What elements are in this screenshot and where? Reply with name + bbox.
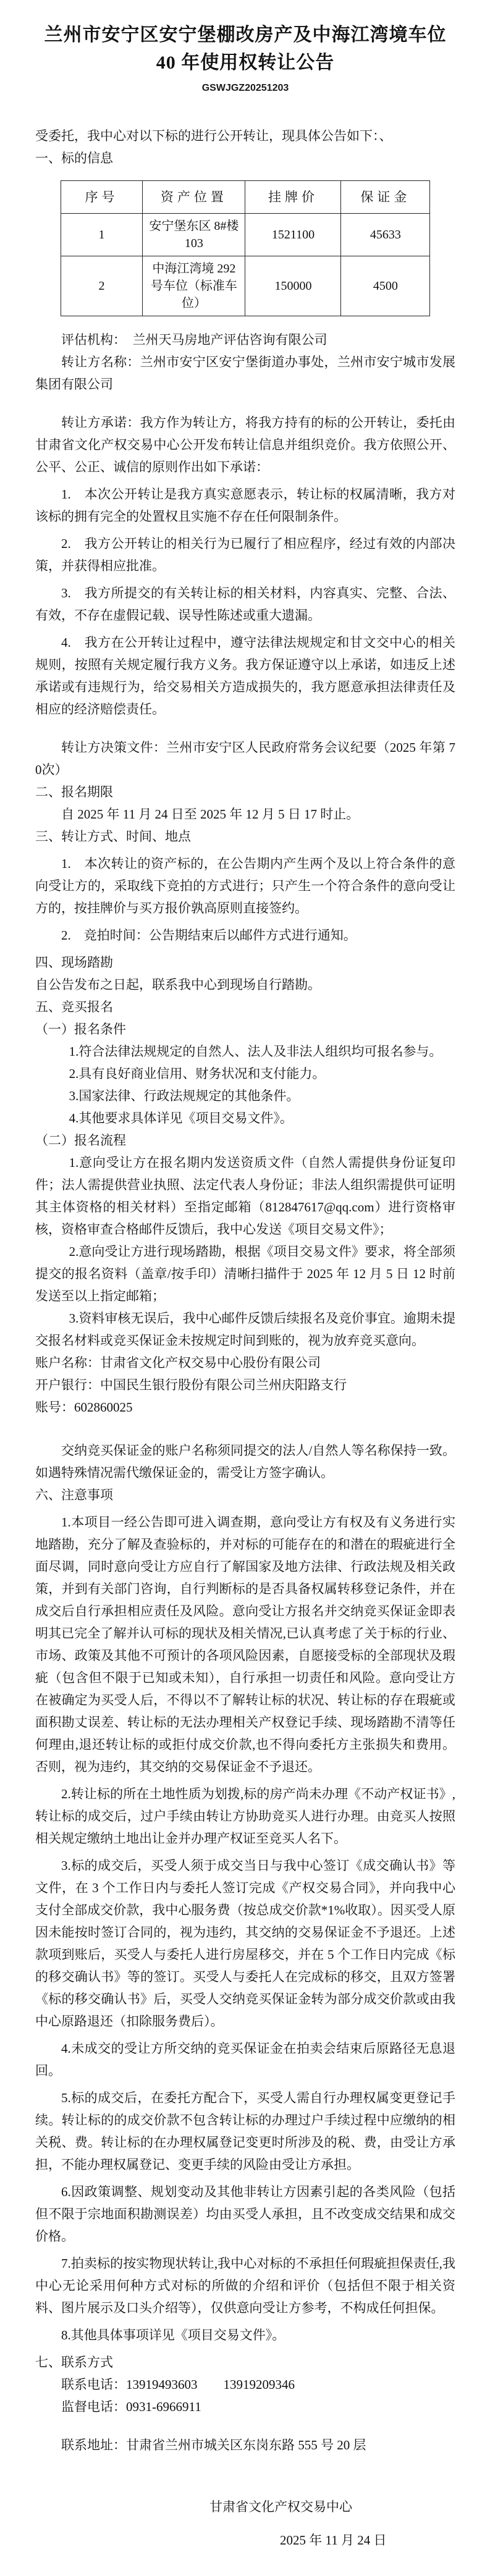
account-name-line: 账户名称：甘肃省文化产权交易中心股份有限公司 bbox=[35, 1352, 455, 1374]
document-title: 兰州市安宁区安宁堡棚改房产及中海江湾境车位 40 年使用权转让公告 bbox=[35, 21, 455, 77]
commitment-1: 1. 本次公开转让是我方真实意愿表示，转让标的权属清晰，我方对该标的拥有完全的处… bbox=[35, 483, 455, 528]
col-header-listing-price: 挂牌价 bbox=[245, 181, 341, 214]
note-4: 4.未成交的受让方所交纳的竞买保证金在拍卖会结束后原路径无息退回。 bbox=[35, 2037, 455, 2082]
note-1: 1.本项目一经公告即可进入调查期，意向受让方有权及有义务进行实地踏勘，充分了解及… bbox=[35, 1511, 455, 1778]
section-4-heading: 四、现场踏勘 bbox=[35, 951, 455, 974]
transfer-method-2: 2. 竞拍时间：公告期结束后以邮件方式进行通知。 bbox=[35, 924, 455, 946]
row2-deposit: 4500 bbox=[341, 256, 430, 316]
note-8: 8.其他具体事项详见《项目交易文件》。 bbox=[35, 2324, 455, 2346]
section-5-heading: 五、竞买报名 bbox=[35, 996, 455, 1018]
registration-period: 自 2025 年 11 月 24 日至 2025 年 12 月 5 日 17 时… bbox=[35, 803, 455, 825]
section-6-heading: 六、注意事项 bbox=[35, 1484, 455, 1506]
table-row-1: 1 安宁堡东区 8#楼 103 1521100 45633 bbox=[61, 214, 429, 256]
section-7-heading: 七、联系方式 bbox=[35, 2351, 455, 2373]
section-2-heading: 二、报名期限 bbox=[35, 781, 455, 803]
signature-date: 2025 年 11 月 24 日 bbox=[35, 2529, 455, 2551]
appraiser-line: 评估机构： 兰州天马房地产评估咨询有限公司 bbox=[35, 329, 455, 351]
col-header-location: 资产位置 bbox=[143, 181, 245, 214]
bank-line: 开户银行：中国民生银行股份有限公司兰州庆阳路支行 bbox=[35, 1374, 455, 1396]
row1-deposit: 45633 bbox=[341, 214, 430, 256]
notice-code: GSWJGZ20251203 bbox=[35, 82, 455, 95]
note-5: 5.标的成交后，在委托方配合下，买受人需自行办理权属变更登记手续。转让标的的成交… bbox=[35, 2087, 455, 2176]
note-3: 3.标的成交后，买受人须于成交当日与我中心签订《成交确认书》等文件，在 3 个工… bbox=[35, 1854, 455, 2032]
intro-paragraph: 受委托，我中心对以下标的进行公开转让，现具体公告如下：、 bbox=[35, 125, 455, 147]
assets-table-head: 序号 资产位置 挂牌价 保证金 bbox=[61, 181, 429, 214]
assets-table-body: 1 安宁堡东区 8#楼 103 1521100 45633 2 中海江湾境 29… bbox=[61, 214, 429, 316]
contact-address-line: 联系地址：甘肃省兰州市城关区东岗东路 555 号 20 层 bbox=[35, 2434, 455, 2456]
contact-phone-line: 联系电话：13919493603 13919209346 bbox=[35, 2373, 455, 2396]
procedure-1: 1.意向受让方在报名期内发送资质文件（自然人需提供身份证复印件；法人需提供营业执… bbox=[35, 1151, 455, 1240]
transfer-method-1: 1. 本次转让的资产标的，在公告期内产生两个及以上符合条件的意向受让方的，采取线… bbox=[35, 852, 455, 919]
document-title-line1: 兰州市安宁区安宁堡棚改房产及中海江湾境车位 bbox=[35, 21, 455, 49]
site-survey-line: 自公告发布之日起，联系我中心到现场自行踏勘。 bbox=[35, 974, 455, 996]
document-title-line2: 40 年使用权转让公告 bbox=[35, 49, 455, 77]
condition-1: 1.符合法律法规规定的自然人、法人及非法人组织均可报名参与。 bbox=[35, 1040, 455, 1063]
assets-table-header-row: 序号 资产位置 挂牌价 保证金 bbox=[61, 181, 429, 214]
sub-heading-procedure: （二）报名流程 bbox=[35, 1129, 455, 1151]
col-header-deposit: 保证金 bbox=[341, 181, 430, 214]
row2-location: 中海江湾境 292 号车位（标准车位） bbox=[143, 256, 245, 316]
col-header-seq: 序号 bbox=[61, 181, 142, 214]
procedure-3: 3.资料审核无误后，我中心邮件反馈后续报名及竞价事宜。逾期未提交报名材料或竞买保… bbox=[35, 1307, 455, 1352]
row1-location: 安宁堡东区 8#楼 103 bbox=[143, 214, 245, 256]
notice-document: 兰州市安宁区安宁堡棚改房产及中海江湾境车位 40 年使用权转让公告 GSWJGZ… bbox=[0, 0, 490, 2576]
condition-2: 2.具有良好商业信用、财务状况和支付能力。 bbox=[35, 1063, 455, 1085]
note-6: 6.因政策调整、规划变动及其他非转让方因素引起的各类风险（包括但不限于宗地面积勘… bbox=[35, 2181, 455, 2247]
signature-block: 甘肃省文化产权交易中心 2025 年 11 月 24 日 bbox=[35, 2496, 455, 2551]
sub-heading-conditions: （一）报名条件 bbox=[35, 1018, 455, 1040]
commitment-4: 4. 我方在公开转让过程中，遵守法律法规规定和甘文交中心的相关规则，按照有关规定… bbox=[35, 631, 455, 720]
account-no-line: 账号：602860025 bbox=[35, 1396, 455, 1418]
row2-seq: 2 bbox=[61, 256, 142, 316]
signature-organization: 甘肃省文化产权交易中心 bbox=[35, 2496, 455, 2518]
transferor-line: 转让方名称：兰州市安宁区安宁堡街道办事处，兰州市安宁城市发展集团有限公司 bbox=[35, 351, 455, 395]
row1-listing-price: 1521100 bbox=[245, 214, 341, 256]
supervision-phone-line: 监督电话：0931-6966911 bbox=[35, 2396, 455, 2418]
section-1-heading: 一、标的信息 bbox=[35, 147, 455, 169]
section-3-heading: 三、转让方式、时间、地点 bbox=[35, 825, 455, 848]
note-7: 7.拍卖标的按实物现状转让,我中心对标的不承担任何瑕疵担保责任,我中心无论采用何… bbox=[35, 2252, 455, 2319]
row1-seq: 1 bbox=[61, 214, 142, 256]
condition-4: 4.其他要求具体详见《项目交易文件》。 bbox=[35, 1107, 455, 1129]
assets-table: 序号 资产位置 挂牌价 保证金 1 安宁堡东区 8#楼 103 1521100 … bbox=[61, 180, 430, 316]
decision-doc-line: 转让方决策文件：兰州市安宁区人民政府常务会议纪要（2025 年第 70次） bbox=[35, 736, 455, 781]
deposit-note: 交纳竞买保证金的账户名称须同提交的法人/自然人等名称保持一致。如遇特殊情况需代缴… bbox=[35, 1439, 455, 1484]
note-2: 2.转让标的所在土地性质为划拨,标的房产尚未办理《不动产权证书》,转让标的成交后… bbox=[35, 1783, 455, 1850]
commitment-3: 3. 我方所提交的有关转让标的相关材料，内容真实、完整、合法、有效，不存在虚假记… bbox=[35, 582, 455, 626]
commitment-intro: 转让方承诺：我方作为转让方，将我方持有的标的公开转让，委托由甘肃省文化产权交易中… bbox=[35, 411, 455, 478]
row2-listing-price: 150000 bbox=[245, 256, 341, 316]
table-row-2: 2 中海江湾境 292 号车位（标准车位） 150000 4500 bbox=[61, 256, 429, 316]
commitment-2: 2. 我方公开转让的相关行为已履行了相应程序，经过有效的内部决策，并获得相应批准… bbox=[35, 532, 455, 577]
condition-3: 3.国家法律、行政法规规定的其他条件。 bbox=[35, 1085, 455, 1107]
procedure-2: 2.意向受让方进行现场踏勘，根据《项目交易文件》要求，将全部须提交的报名资料（盖… bbox=[35, 1240, 455, 1307]
